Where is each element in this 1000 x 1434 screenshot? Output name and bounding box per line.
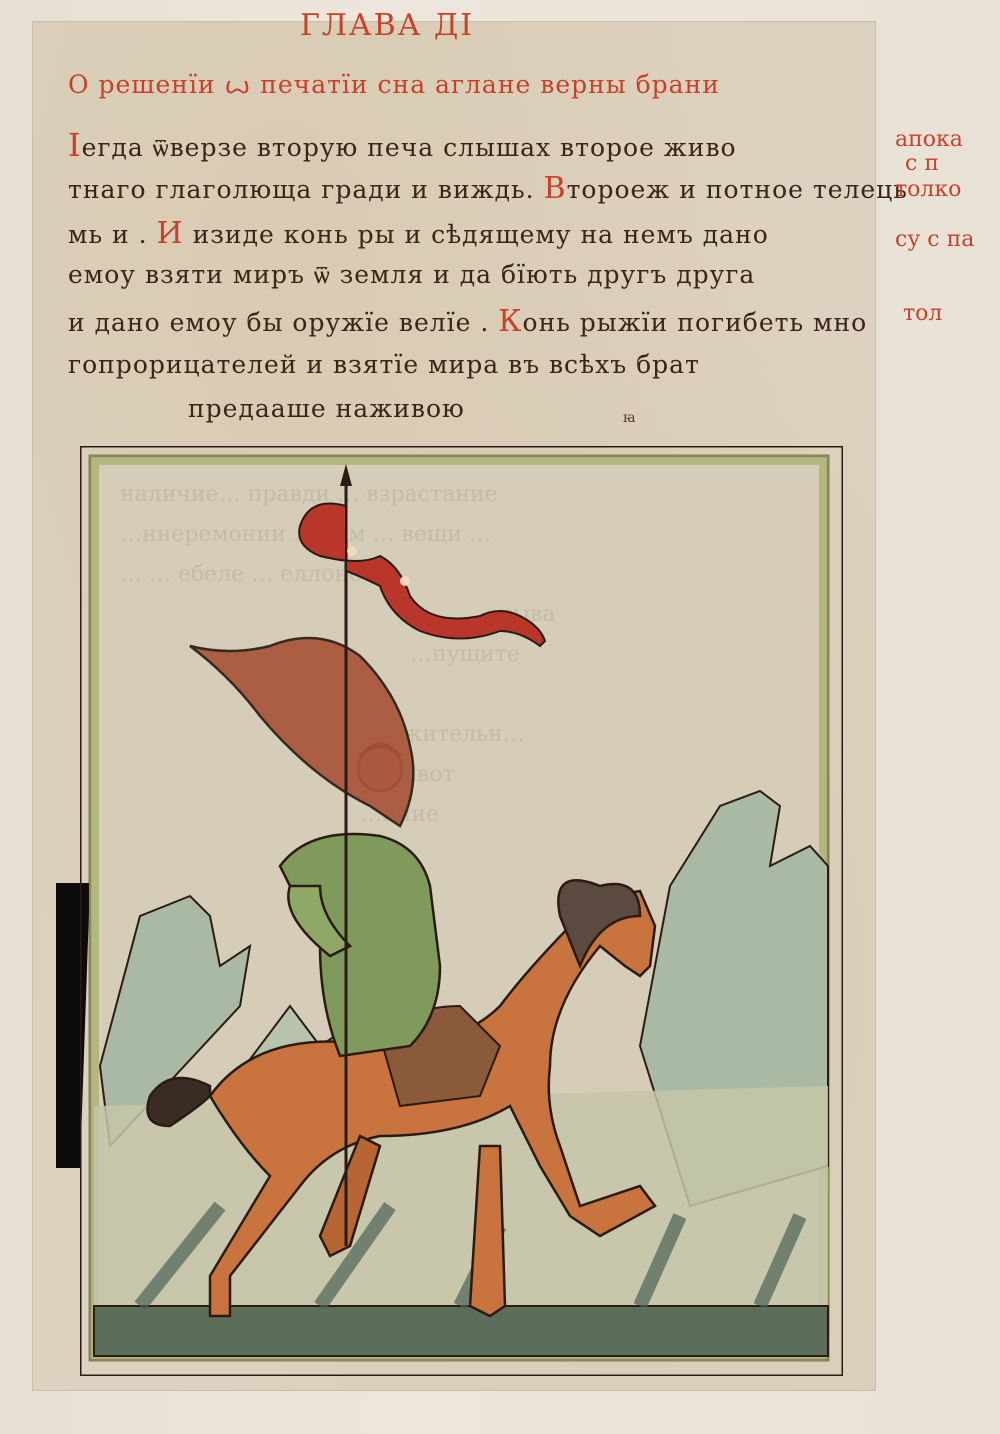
rubric-connector: ꙍ xyxy=(216,70,261,99)
text-line-3: тнаго глаголюща гради и виждь. Второеж и… xyxy=(68,171,908,206)
line-text: предааше наживою xyxy=(188,394,465,423)
line-text: и дано емоу бы оружїе велїе . xyxy=(68,308,498,337)
line-text: изиде конь ры и сѣдящему на немъ дано xyxy=(184,220,769,249)
margin-note: с п xyxy=(905,152,939,176)
margin-note: апока xyxy=(895,128,963,152)
initial-letter: І xyxy=(68,126,82,164)
text-line-1: О решенїи ꙍ печатїи сна аглане верны бра… xyxy=(68,70,720,99)
margin-note: толко xyxy=(895,178,961,202)
text-line-6: и дано емоу бы оружїе велїе . Конь рыжїи… xyxy=(68,304,867,339)
svg-text:…пущите: …пущите xyxy=(410,642,520,667)
line-text: емоу взяти миръ ѿ земля и да бїють другъ… xyxy=(68,260,755,289)
line-text: онь рыжїи погибеть мно xyxy=(523,308,868,337)
line-text: егда ѿверзе вторую печа слышах второе жи… xyxy=(82,133,737,162)
initial-letter: В xyxy=(544,171,567,206)
text-line-8: предааше наживою xyxy=(188,394,465,423)
text-line-7: гопрорицателей и взятїе мира въ всѣхъ бр… xyxy=(68,350,700,379)
banner-star xyxy=(400,576,410,586)
rubric-title: О решенїи xyxy=(68,70,216,99)
line-text: мь и . xyxy=(68,220,157,249)
line-text: тороеж и потное телець xyxy=(567,175,908,204)
text-line-5: емоу взяти миръ ѿ земля и да бїють другъ… xyxy=(68,260,755,290)
svg-text:наличие… правди … взрастани: наличие… правди … взрастание xyxy=(120,482,498,507)
margin-note: тол xyxy=(903,302,942,326)
text-line-2: Іегда ѿверзе вторую печа слышах второе ж… xyxy=(68,126,737,164)
initial-letter: И xyxy=(157,216,184,251)
text-line-4: мь и . И изиде конь ры и сѣдящему на нем… xyxy=(68,216,769,251)
chapter-heading: ГЛАВА ДІ xyxy=(300,8,474,43)
rubric-subtitle: печатїи сна аглане верны брани xyxy=(260,70,720,99)
line-text: гопрорицателей и взятїе мира въ всѣхъ бр… xyxy=(68,350,700,379)
banner-star xyxy=(347,546,357,556)
svg-text:… … ебеле … еллоне: … … ебеле … еллоне xyxy=(120,562,362,587)
folio-mark: ꙗ xyxy=(623,410,636,426)
initial-letter: К xyxy=(498,304,522,339)
line-text: тнаго глаголюща гради и виждь. xyxy=(68,175,544,204)
margin-note: су с па xyxy=(895,228,974,252)
miniature-illustration: наличие… правди … взрастание …ннеремонии… xyxy=(80,446,843,1376)
